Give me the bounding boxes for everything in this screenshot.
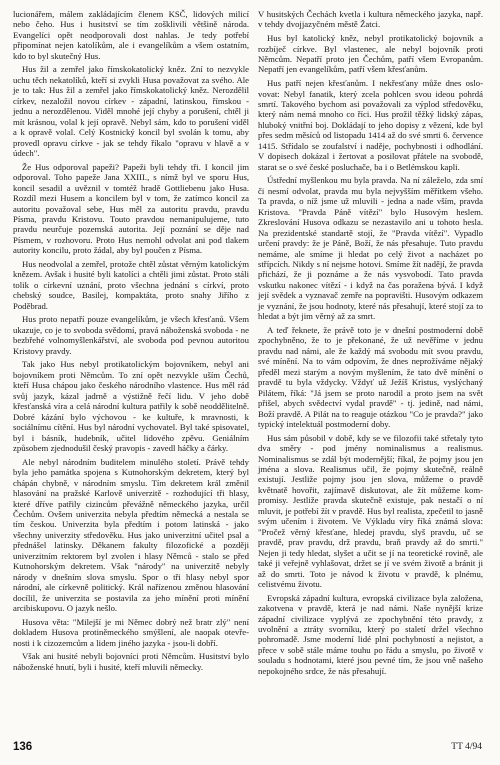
paragraph: Hus žil a zemřel jako římskokatolický kn…: [13, 64, 249, 158]
paragraph: Ale nebyl národním buditelem minulého st…: [13, 457, 249, 614]
paragraph: V husitských Čechách kvetla i kultura ně…: [258, 9, 483, 30]
paragraph: Hus proto nepatří pouze evangelíkům, je …: [13, 314, 249, 356]
paragraph: Že Hus odporoval papeži? Papeži byli teh…: [13, 162, 249, 256]
paragraph: Hus byl katolický kněz, nebyl protikatol…: [258, 33, 483, 75]
footer-issue-label: TT 4/94: [451, 742, 482, 752]
text-columns: lucionářem, málem zakládajícím členem KS…: [0, 0, 500, 679]
paragraph: Hus sám působil v době, kdy se ve filozo…: [258, 433, 483, 590]
paragraph: lucionářem, málem zakládajícím členem KS…: [13, 9, 249, 61]
scanned-page: lucionářem, málem zakládajícím členem KS…: [0, 0, 500, 765]
paragraph: A teď řeknete, že právě toto je v dnešní…: [258, 325, 483, 430]
paragraph: Ústřední myšlenkou mu byla pravda. Na ní…: [258, 175, 483, 321]
paragraph: Tak jako Hus nebyl protikatolickým bojov…: [13, 359, 249, 453]
paragraph: Husova věta: "Milejší je mi Němec dobrý …: [13, 617, 249, 648]
paragraph: Evropská západní kultura, evropská civil…: [258, 593, 483, 677]
paragraph: Hus neodvolal a zemřel, protože chtěl zů…: [13, 259, 249, 311]
paragraph: Však ani husité nebyli bojovníci proti N…: [13, 651, 249, 672]
footer-page-number: 136: [13, 741, 32, 753]
paragraph: Hus patří nejen křesťanům. I nekřesťany …: [258, 78, 483, 172]
column-right: V husitských Čechách kvetla i kultura ně…: [258, 9, 483, 679]
column-left: lucionářem, málem zakládajícím členem KS…: [13, 9, 249, 679]
